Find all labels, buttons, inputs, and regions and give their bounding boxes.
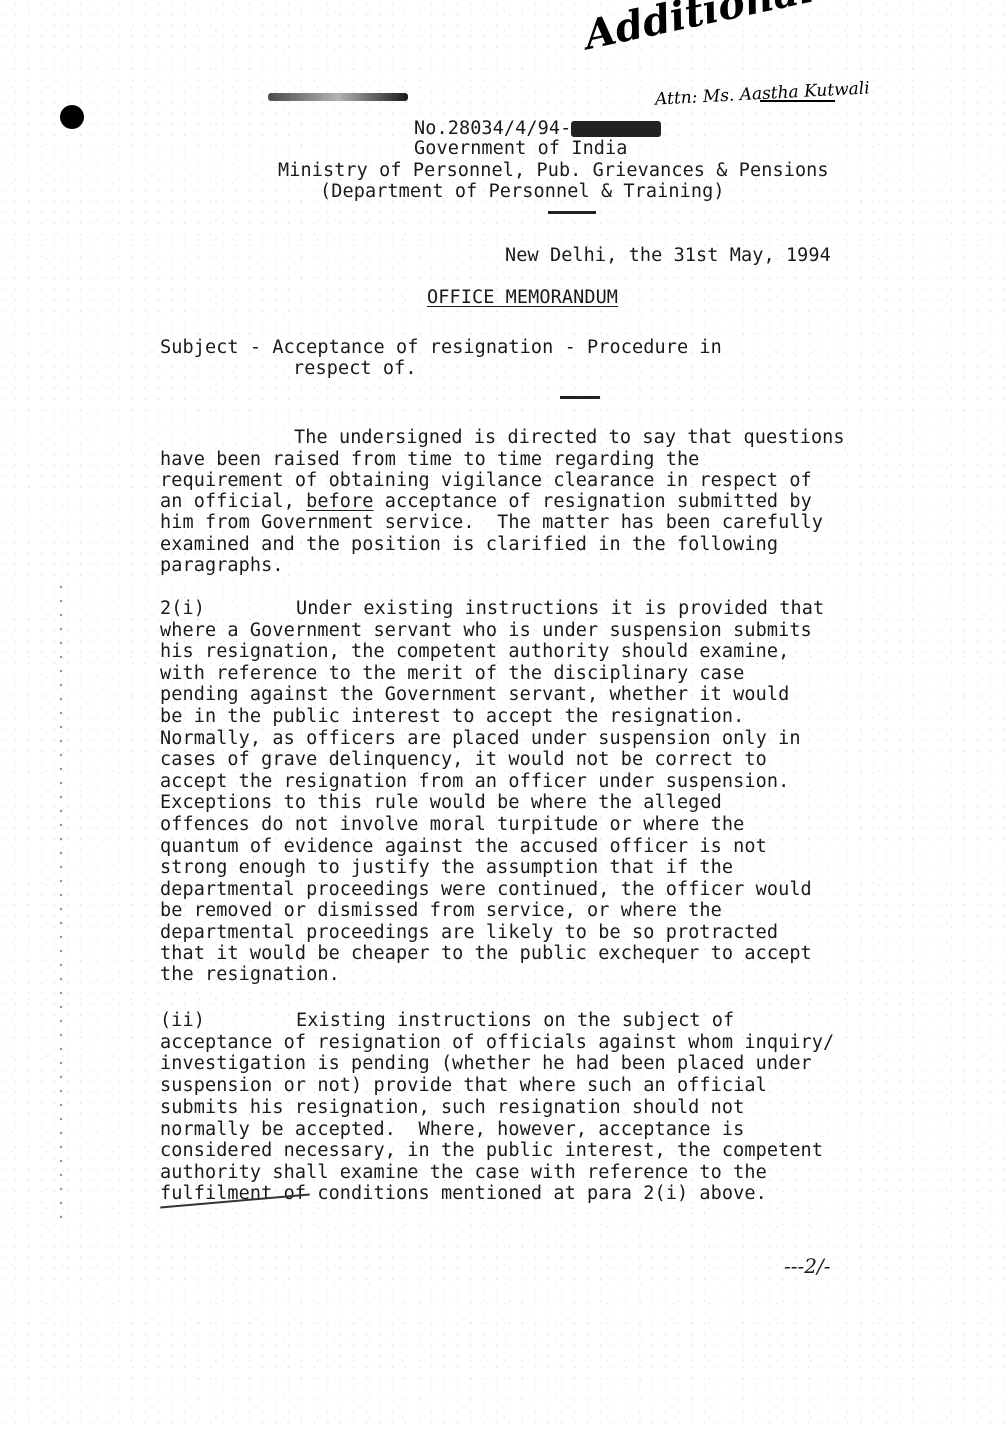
para2i-number: 2(i) — [160, 598, 205, 619]
underlined-word: before — [306, 491, 373, 512]
para2i-line: his resignation, the competent authority… — [160, 641, 789, 662]
handwritten-underline — [760, 100, 835, 102]
para1-line: him from Government service. The matter … — [160, 512, 823, 533]
para2i-line: that it would be cheaper to the public e… — [160, 943, 812, 964]
para1-line: an official, before acceptance of resign… — [160, 491, 812, 512]
scan-smudge — [268, 93, 408, 101]
punch-hole — [60, 105, 84, 129]
para1-line: paragraphs. — [160, 555, 284, 576]
subject-line-2: respect of. — [293, 358, 417, 379]
para2ii-line: considered necessary, in the public inte… — [160, 1140, 823, 1161]
redacted-mark — [571, 121, 661, 137]
place-date: New Delhi, the 31st May, 1994 — [505, 245, 831, 266]
department-line: (Department of Personnel & Training) — [320, 181, 725, 202]
para2i-line: with reference to the merit of the disci… — [160, 663, 744, 684]
separator-dash-2 — [560, 396, 600, 399]
para2ii-line: fulfilment of conditions mentioned at pa… — [160, 1183, 767, 1204]
para2i-line: the resignation. — [160, 964, 340, 985]
para2i-line: offences do not involve moral turpitude … — [160, 814, 744, 835]
para2ii-line: Existing instructions on the subject of — [296, 1010, 734, 1031]
ministry-line: Ministry of Personnel, Pub. Grievances &… — [278, 160, 829, 181]
para2ii-number: (ii) — [160, 1010, 205, 1031]
page-continuation: ---2/- — [784, 1254, 831, 1278]
para1-line: The undersigned is directed to say that … — [294, 427, 845, 448]
margin-marks — [58, 580, 64, 1220]
para2i-line: cases of grave delinquency, it would not… — [160, 749, 767, 770]
para2ii-line: normally be accepted. Where, however, ac… — [160, 1119, 744, 1140]
para2i-line: accept the resignation from an officer u… — [160, 771, 789, 792]
para2i-line: be in the public interest to accept the … — [160, 706, 744, 727]
para2i-line: be removed or dismissed from service, or… — [160, 900, 722, 921]
para1-line: examined and the position is clarified i… — [160, 534, 778, 555]
para2i-line: strong enough to justify the assumption … — [160, 857, 733, 878]
para2i-line: departmental proceedings are likely to b… — [160, 922, 778, 943]
government-line: Government of India — [414, 138, 628, 159]
para2i-line: Exceptions to this rule would be where t… — [160, 792, 722, 813]
document-type-heading: OFFICE MEMORANDUM — [427, 287, 618, 308]
para1-line: requirement of obtaining vigilance clear… — [160, 470, 812, 491]
para2ii-line: submits his resignation, such resignatio… — [160, 1097, 744, 1118]
para2ii-line: investigation is pending (whether he had… — [160, 1053, 812, 1074]
para1-text: acceptance of resignation submitted by — [374, 491, 812, 512]
subject-text: Acceptance of resignation - Procedure in — [272, 337, 722, 358]
handwritten-annotation: Additional Col — [580, 0, 903, 59]
para2i-line: quantum of evidence against the accused … — [160, 836, 767, 857]
para2ii-line: acceptance of resignation of officials a… — [160, 1032, 834, 1053]
handwritten-note-text: Attn: Ms. Aastha Kutwali — [655, 78, 871, 109]
para1-line: have been raised from time to time regar… — [160, 449, 699, 470]
para2i-line: Under existing instructions it is provid… — [296, 598, 824, 619]
para2ii-line: suspension or not) provide that where su… — [160, 1075, 767, 1096]
para1-text: an official, — [160, 491, 306, 512]
para2i-line: pending against the Government servant, … — [160, 684, 789, 705]
file-number: No.28034/4/94- — [414, 118, 661, 139]
para2i-line: departmental proceedings were continued,… — [160, 879, 812, 900]
file-number-text: No.28034/4/94- — [414, 118, 571, 139]
para2i-line: Normally, as officers are placed under s… — [160, 728, 801, 749]
para2ii-line: authority shall examine the case with re… — [160, 1162, 767, 1183]
para2i-line: where a Government servant who is under … — [160, 620, 812, 641]
handwritten-note: Attn: Ms. Aastha Kutwali — [655, 78, 871, 109]
subject-line: Subject - Acceptance of resignation - Pr… — [160, 337, 722, 358]
separator-dash — [548, 211, 596, 214]
subject-label: Subject - — [160, 337, 272, 358]
